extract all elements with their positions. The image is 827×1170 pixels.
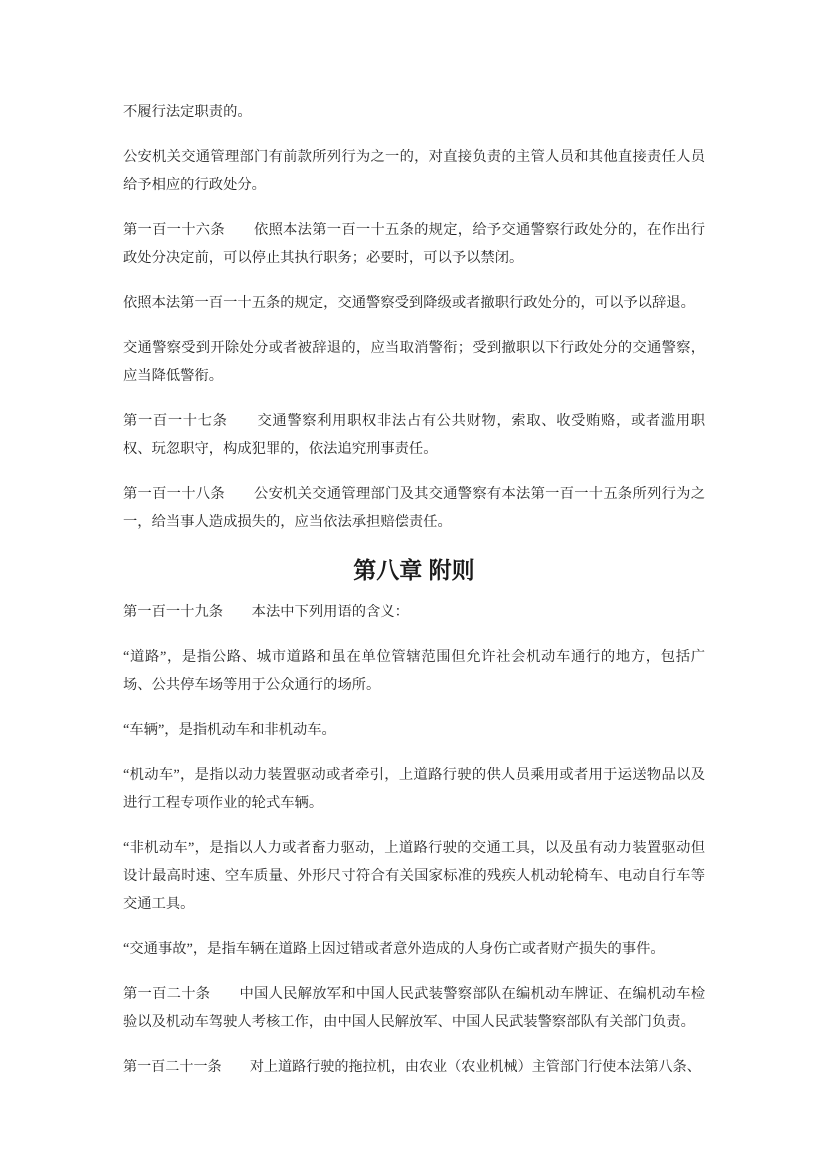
paragraph: “车辆”，是指机动车和非机动车。 (123, 716, 705, 744)
paragraph: 第一百一十九条 本法中下列用语的含义： (123, 598, 705, 626)
paragraph: 第一百一十六条 依照本法第一百一十五条的规定，给予交通警察行政处分的，在作出行政… (123, 216, 705, 272)
law-text-body: 不履行法定职责的。公安机关交通管理部门有前款所列行为之一的，对直接负责的主管人员… (123, 98, 705, 1081)
paragraph: 交通警察受到开除处分或者被辞退的，应当取消警衔；受到撤职以下行政处分的交通警察，… (123, 334, 705, 390)
document-page: 不履行法定职责的。公安机关交通管理部门有前款所列行为之一的，对直接负责的主管人员… (0, 0, 827, 1170)
paragraph: 不履行法定职责的。 (123, 98, 705, 126)
paragraph: 第一百二十条 中国人民解放军和中国人民武装警察部队在编机动车牌证、在编机动车检验… (123, 980, 705, 1036)
paragraph: “非机动车”，是指以人力或者畜力驱动，上道路行驶的交通工具，以及虽有动力装置驱动… (123, 834, 705, 918)
paragraph: “道路”，是指公路、城市道路和虽在单位管辖范围但允许社会机动车通行的地方，包括广… (123, 643, 705, 699)
paragraph: 公安机关交通管理部门有前款所列行为之一的，对直接负责的主管人员和其他直接责任人员… (123, 143, 705, 199)
paragraph: 第一百一十七条 交通警察利用职权非法占有公共财物，索取、收受贿赂，或者滥用职权、… (123, 407, 705, 463)
chapter-heading: 第八章 附则 (123, 553, 705, 587)
paragraph: 第一百二十一条 对上道路行驶的拖拉机，由农业（农业机械）主管部门行使本法第八条、 (123, 1053, 705, 1081)
paragraph: 第一百一十八条 公安机关交通管理部门及其交通警察有本法第一百一十五条所列行为之一… (123, 480, 705, 536)
paragraph: 依照本法第一百一十五条的规定，交通警察受到降级或者撤职行政处分的，可以予以辞退。 (123, 289, 705, 317)
paragraph: “交通事故”，是指车辆在道路上因过错或者意外造成的人身伤亡或者财产损失的事件。 (123, 935, 705, 963)
paragraph: “机动车”，是指以动力装置驱动或者牵引，上道路行驶的供人员乘用或者用于运送物品以… (123, 761, 705, 817)
